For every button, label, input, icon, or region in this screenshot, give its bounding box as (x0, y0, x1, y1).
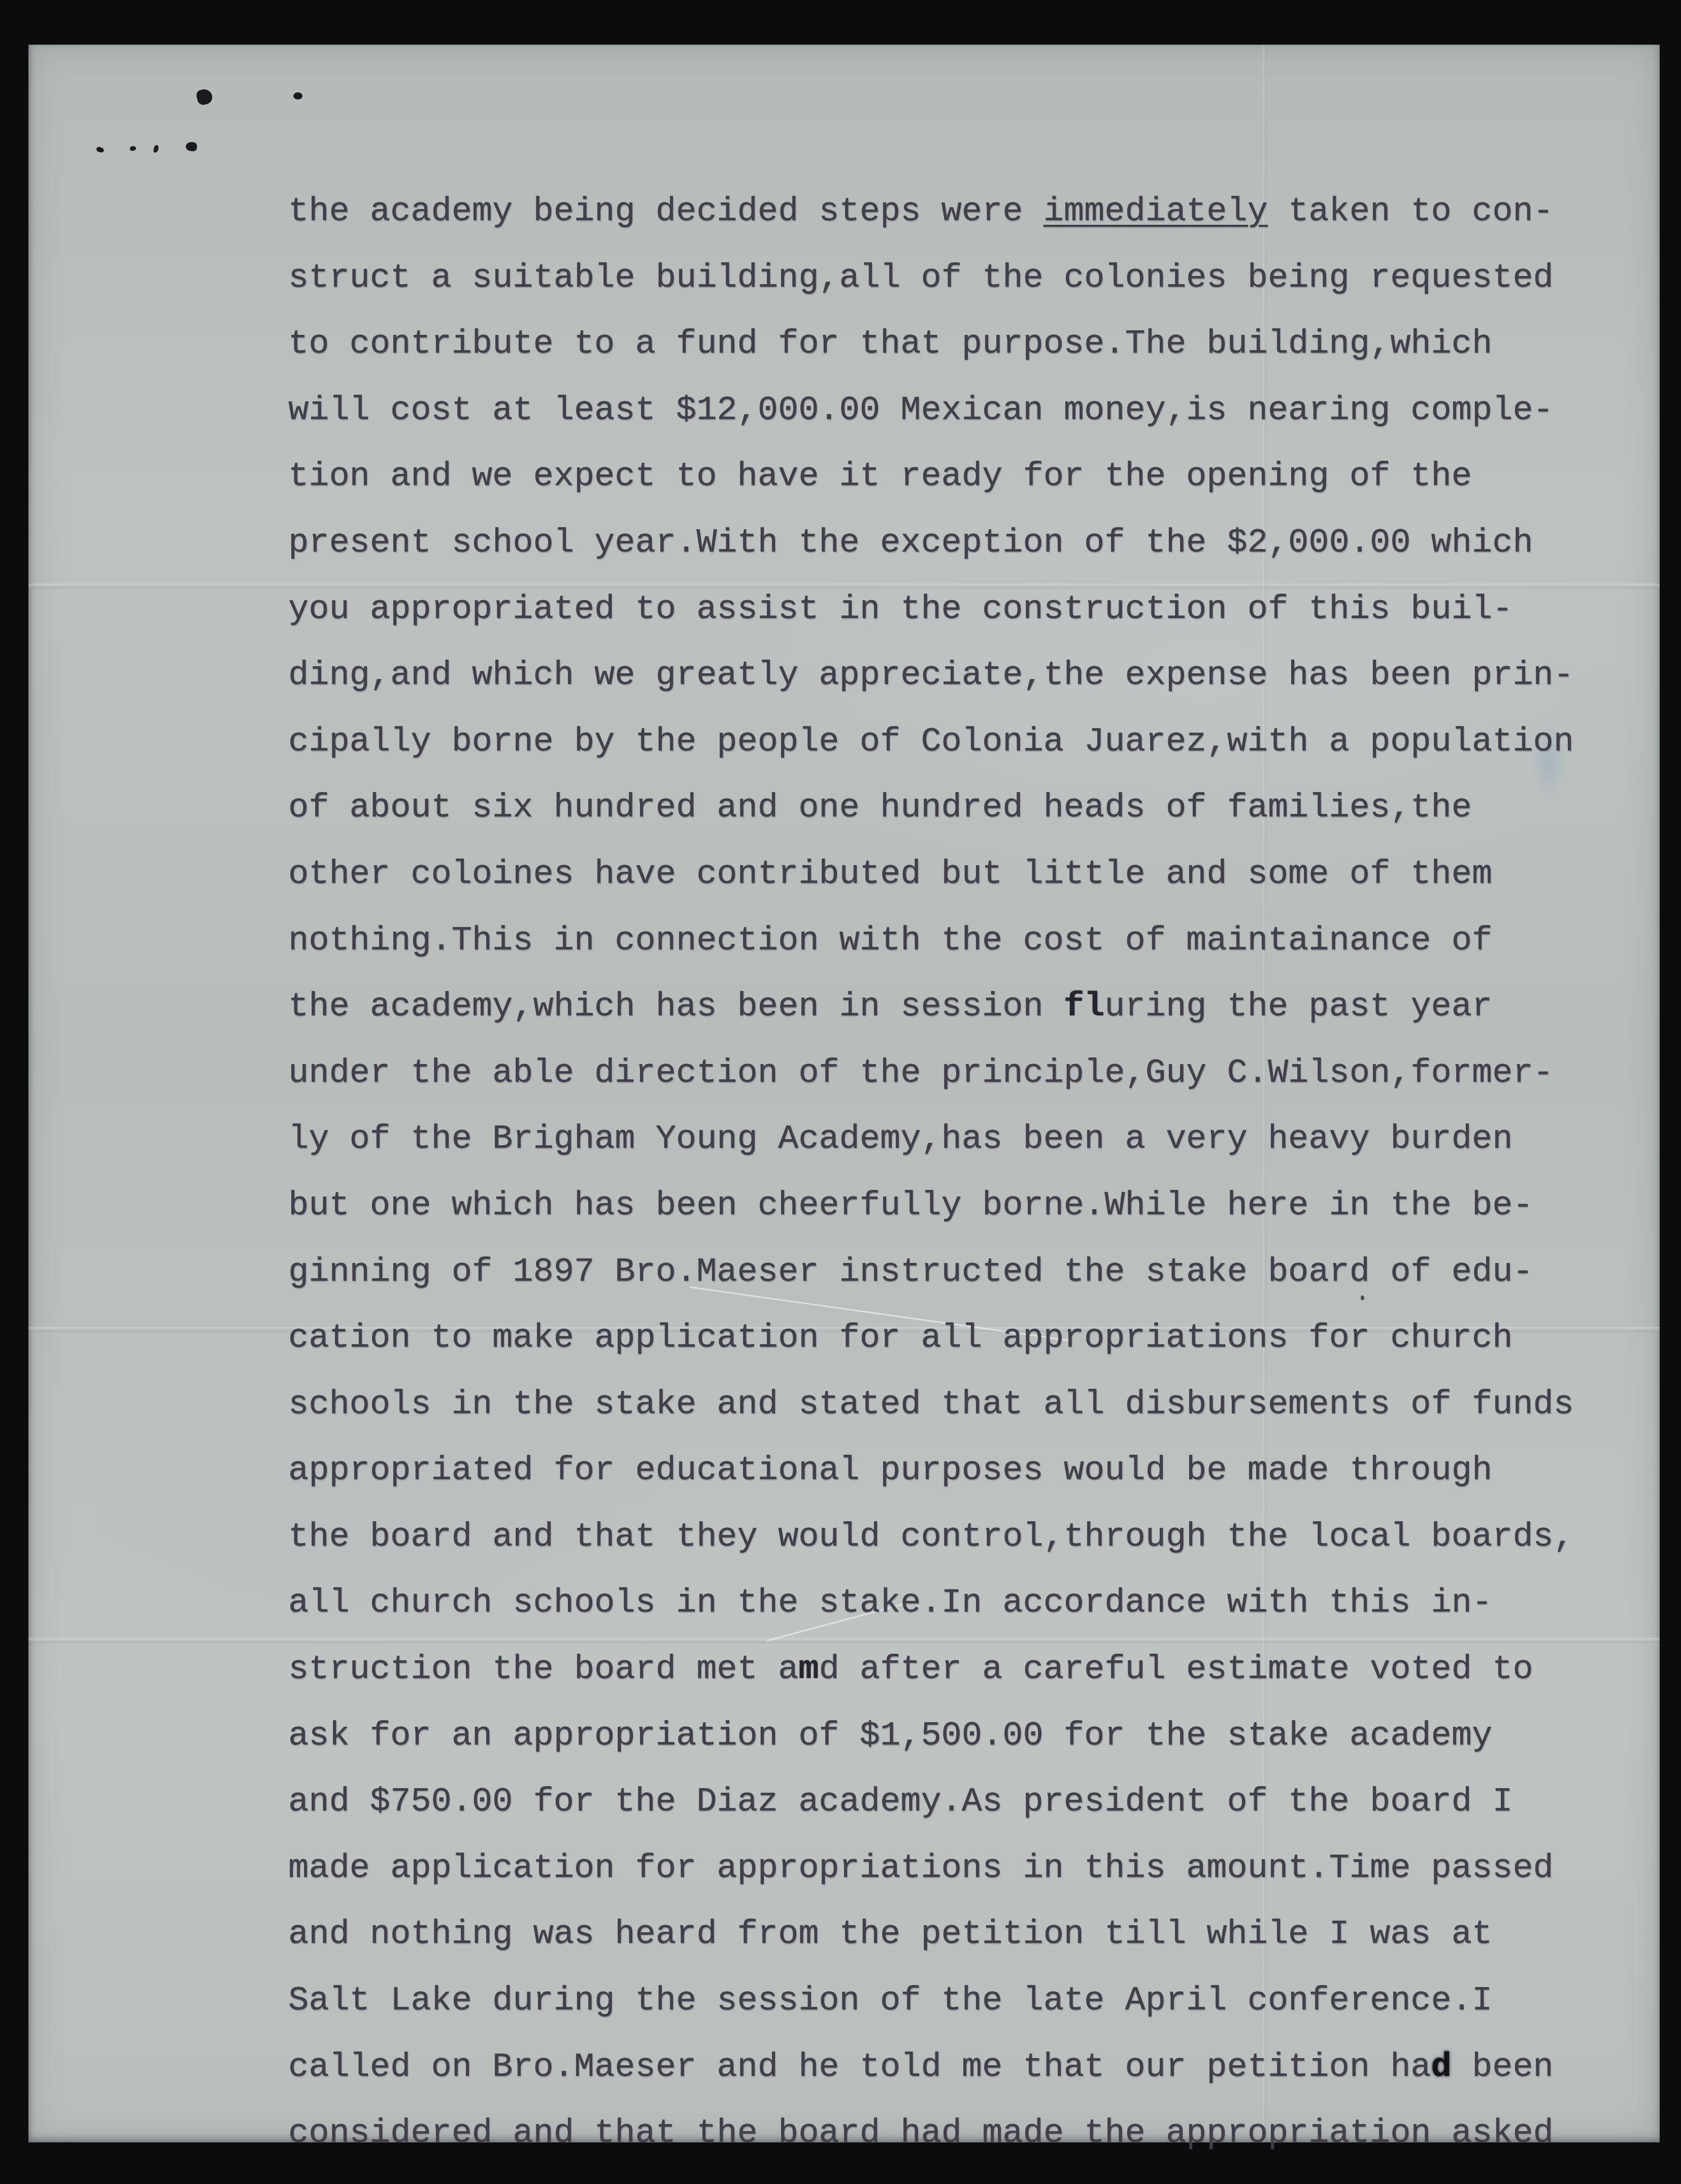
text-line: struction the board met amd after a care… (288, 1636, 1608, 1703)
text-segment: ly of the Brigham Young Academy,has been… (288, 1120, 1512, 1158)
text-segment: under the able direction of the principl… (288, 1054, 1554, 1093)
text-line: tion and we expect to have it ready for … (288, 443, 1608, 510)
text-segment: tion and we expect to have it ready for … (288, 457, 1472, 496)
text-segment: taken to con- (1268, 192, 1554, 231)
text-line: nothing.This in connection with the cost… (288, 908, 1608, 974)
text-line: cation to make application for all appro… (288, 1305, 1608, 1372)
text-line: under the able direction of the principl… (288, 1040, 1608, 1107)
text-line: considered and that the board had made t… (288, 2100, 1608, 2167)
text-segment: the academy,which has been in session (288, 987, 1064, 1026)
text-line: ly of the Brigham Young Academy,has been… (288, 1106, 1608, 1173)
ink-speck (96, 146, 105, 153)
text-line: all church schools in the stake.In accor… (288, 1570, 1608, 1636)
text-segment: appropriated for educational purposes wo… (288, 1451, 1492, 1490)
text-line: to contribute to a fund for that purpose… (288, 311, 1608, 378)
text-segment: cation to make application for all appro… (288, 1319, 1512, 1357)
text-segment: struction the board met a (288, 1650, 798, 1689)
text-segment: to contribute to a fund for that purpose… (288, 325, 1492, 363)
text-segment: nothing.This in connection with the cost… (288, 922, 1492, 960)
text-segment: the board and that they would control,th… (288, 1518, 1574, 1556)
text-segment: schools in the stake and stated that all… (288, 1385, 1574, 1424)
text-line: schools in the stake and stated that all… (288, 1372, 1608, 1438)
text-segment: fl (1064, 987, 1104, 1026)
ink-speck (186, 142, 197, 151)
text-segment: of about six hundred and one hundred hea… (288, 789, 1472, 827)
text-segment: cipally borne by the people of Colonia J… (288, 723, 1574, 761)
text-segment: made application for appropriations in t… (288, 1849, 1554, 1888)
ink-speck (293, 92, 302, 99)
text-segment: d after a careful estimate voted to (819, 1650, 1533, 1689)
text-line: the academy,which has been in session fl… (288, 974, 1608, 1040)
paper-sheet: the academy being decided steps were imm… (28, 45, 1660, 2142)
text-segment: will cost at least $12,000.00 Mexican mo… (288, 391, 1554, 430)
ink-speck (195, 88, 214, 106)
text-line: appropriated for educational purposes wo… (288, 1438, 1608, 1504)
text-segment: immediately (1044, 192, 1268, 231)
text-line: ding,and which we greatly appreciate,the… (288, 642, 1608, 709)
text-line: the academy being decided steps were imm… (288, 179, 1608, 245)
text-line: of about six hundred and one hundred hea… (288, 775, 1608, 841)
text-segment: the academy being decided steps were (288, 192, 1044, 231)
text-line: struct a suitable building,all of the co… (288, 245, 1608, 312)
text-segment: struct a suitable building,all of the co… (288, 259, 1554, 297)
text-segment: and $750.00 for the Diaz academy.As pres… (288, 1783, 1512, 1821)
text-line: other coloines have contributed but litt… (288, 841, 1608, 908)
text-line: cipally borne by the people of Colonia J… (288, 709, 1608, 775)
text-line: made application for appropriations in t… (288, 1835, 1608, 1902)
text-line: ask for an appropriation of $1,500.00 fo… (288, 1703, 1608, 1769)
text-line: and nothing was heard from the petition … (288, 1901, 1608, 1968)
text-line: present school year.With the exception o… (288, 510, 1608, 576)
text-segment: all church schools in the stake.In accor… (288, 1584, 1492, 1622)
ink-speck (153, 145, 159, 153)
text-segment: and nothing was heard from the petition … (288, 1915, 1492, 1954)
text-segment: m (798, 1650, 819, 1689)
ink-speck (129, 146, 136, 151)
text-segment: uring the past year (1104, 987, 1492, 1026)
text-segment: Salt Lake during the session of the late… (288, 1982, 1492, 2020)
text-segment: ding,and which we greatly appreciate,the… (288, 656, 1574, 695)
text-segment: other coloines have contributed but litt… (288, 855, 1492, 894)
text-segment: been (1452, 2048, 1554, 2087)
typewritten-text: the academy being decided steps were imm… (288, 179, 1608, 2167)
text-line: ginning of 1897 Bro.Maeser instructed th… (288, 1239, 1608, 1306)
text-segment: d (1431, 2048, 1452, 2087)
text-segment: considered and that the board had made t… (288, 2114, 1554, 2153)
text-segment: but one which has been cheerfully borne.… (288, 1186, 1533, 1225)
photo-background: the academy being decided steps were imm… (0, 0, 1681, 2184)
text-segment: present school year.With the exception o… (288, 524, 1533, 562)
text-line: the board and that they would control,th… (288, 1504, 1608, 1571)
text-segment: ask for an appropriation of $1,500.00 fo… (288, 1717, 1492, 1755)
text-segment: called on Bro.Maeser and he told me that… (288, 2048, 1431, 2087)
text-line: but one which has been cheerfully borne.… (288, 1173, 1608, 1239)
text-line: Salt Lake during the session of the late… (288, 1968, 1608, 2034)
text-segment: you appropriated to assist in the constr… (288, 590, 1512, 629)
text-segment: ginning of 1897 Bro.Maeser instructed th… (288, 1253, 1533, 1291)
text-line: and $750.00 for the Diaz academy.As pres… (288, 1769, 1608, 1835)
text-line: you appropriated to assist in the constr… (288, 576, 1608, 643)
text-line: will cost at least $12,000.00 Mexican mo… (288, 378, 1608, 444)
text-line: called on Bro.Maeser and he told me that… (288, 2034, 1608, 2101)
